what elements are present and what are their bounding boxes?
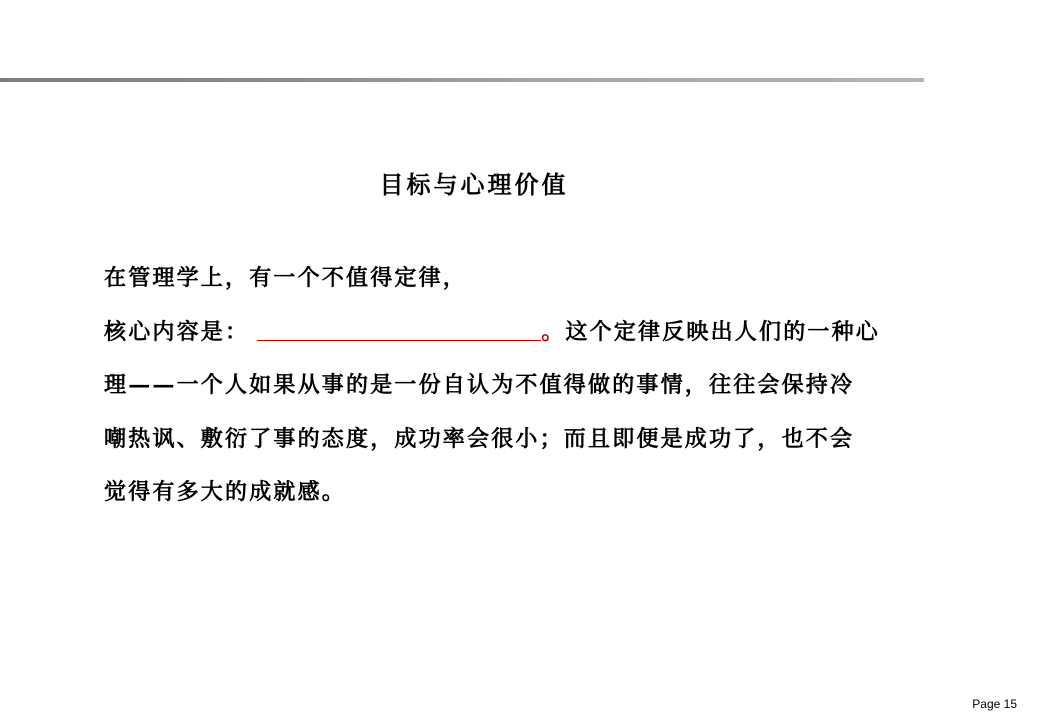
fill-in-blank — [257, 320, 541, 341]
header-divider-rule — [0, 78, 924, 82]
blank-period: 。 — [541, 319, 565, 345]
body-line-4: 嘲热讽、敷衍了事的态度，成功率会很小；而且即便是成功了，也不会 — [104, 413, 954, 467]
body-line-1: 在管理学上，有一个不值得定律， — [104, 252, 954, 306]
body-line-2: 核心内容是：。这个定律反映出人们的一种心 — [104, 306, 954, 360]
body-line-2-prefix: 核心内容是： — [104, 319, 249, 345]
body-line-3: 理——一个人如果从事的是一份自认为不值得做的事情，往往会保持冷 — [104, 359, 954, 413]
slide-title: 目标与心理价值 — [0, 168, 948, 202]
body-line-5: 觉得有多大的成就感。 — [104, 466, 954, 520]
body-line-2-suffix: 这个定律反映出人们的一种心 — [565, 319, 880, 345]
page-number: Page 15 — [972, 697, 1017, 711]
body-paragraph: 在管理学上，有一个不值得定律， 核心内容是：。这个定律反映出人们的一种心 理——… — [104, 252, 954, 520]
